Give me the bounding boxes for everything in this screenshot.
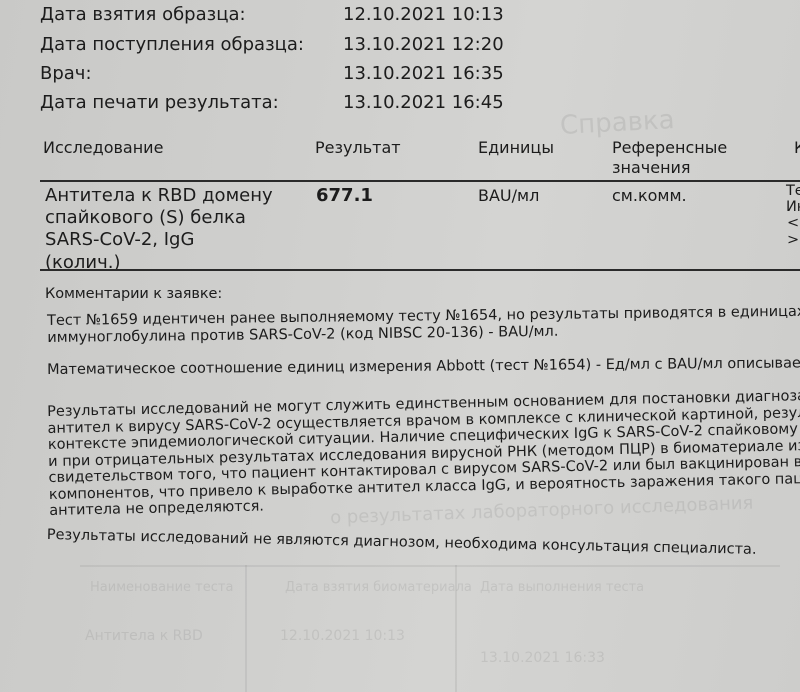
comment-fragment: <	[787, 215, 799, 232]
field-value: 13.10.2021 12:20	[343, 34, 504, 56]
column-header-reference: Референсные	[612, 138, 727, 158]
test-name-line: спайкового (S) белка	[45, 207, 246, 229]
column-header-result: Результат	[315, 138, 401, 158]
field-label: Врач:	[40, 63, 92, 85]
table-bottom-rule	[40, 269, 800, 271]
comment-line: Результаты исследований не являются диаг…	[47, 527, 757, 558]
field-label: Дата взятия образца:	[40, 4, 246, 26]
test-name-line: Антитела к RBD домену	[45, 185, 273, 207]
column-header-test: Исследование	[43, 138, 163, 158]
field-value: 13.10.2021 16:35	[343, 63, 504, 85]
bleed-through-header: Дата выполнения теста	[480, 580, 644, 595]
comment-fragment: >	[787, 232, 799, 249]
bleed-through-header: Наименование теста	[90, 580, 233, 595]
comment-fragment: Ин	[786, 199, 800, 216]
field-value: 13.10.2021 16:45	[343, 92, 504, 114]
bleed-through-cell: Антитела к RBD	[85, 628, 203, 644]
result-value: 677.1	[316, 185, 373, 207]
field-label: Дата печати результата:	[40, 92, 279, 114]
column-header-comment: К	[794, 138, 800, 158]
comment-paragraph-3: Результаты исследований не могут служить…	[47, 388, 800, 520]
comments-heading: Комментарии к заявке:	[45, 286, 222, 303]
bleed-through-header: Дата взятия биоматериала	[285, 580, 472, 595]
bleed-through-rule	[245, 565, 247, 692]
column-header-reference-line2: значения	[612, 158, 691, 178]
bleed-through-cell: 13.10.2021 16:33	[480, 650, 605, 666]
bleed-through-rule	[80, 565, 780, 567]
comment-paragraph-1: Тест №1659 идентичен ранее выполняемому …	[47, 304, 800, 346]
comment-paragraph-4: Результаты исследований не являются диаг…	[47, 527, 757, 558]
units-value: BAU/мл	[478, 185, 539, 207]
comment-fragment: Те	[786, 183, 800, 200]
field-label: Дата поступления образца:	[40, 34, 304, 56]
table-header-rule	[40, 180, 800, 182]
bleed-through-cell: 12.10.2021 10:13	[280, 628, 405, 644]
comment-line: Математическое соотношение единиц измере…	[47, 355, 800, 378]
lab-report-page: Справка о результатах лабораторного иссл…	[0, 0, 800, 692]
field-value: 12.10.2021 10:13	[343, 4, 504, 26]
test-name-line: SARS-CoV-2, IgG	[45, 229, 194, 251]
column-header-units: Единицы	[478, 138, 554, 158]
bleed-through-title: Справка	[559, 105, 675, 141]
comment-paragraph-2: Математическое соотношение единиц измере…	[47, 355, 800, 378]
reference-value: см.комм.	[612, 185, 687, 207]
